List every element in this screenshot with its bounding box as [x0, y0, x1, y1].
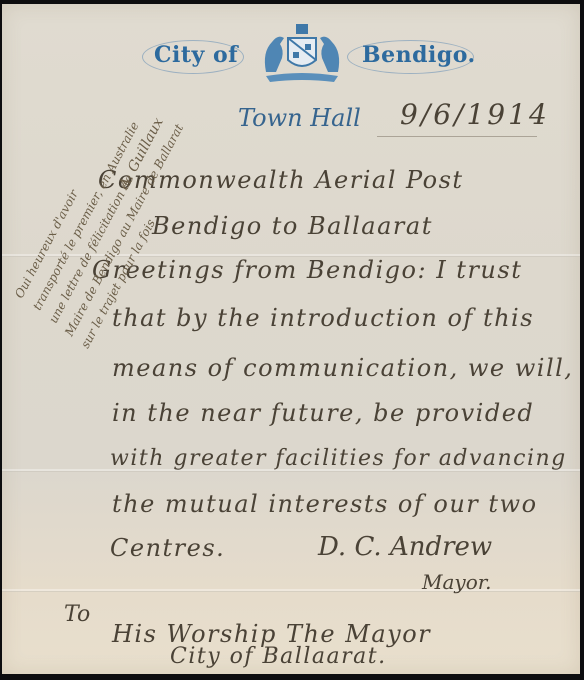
body-line-5: means of communication, we will,	[112, 354, 573, 382]
body-line-8: the mutual interests of our two	[112, 490, 538, 518]
letterhead-bendigo: Bendigo.	[362, 42, 476, 68]
date-rule	[377, 136, 537, 137]
body-line-9: Centres.	[110, 534, 225, 562]
signature-title: Mayor.	[422, 570, 491, 594]
addressee-line-2: City of Ballaarat.	[170, 644, 387, 669]
letterhead-city-of: City of	[154, 42, 238, 68]
letterhead: City of Bendigo.	[142, 22, 472, 82]
dateline-place: Town Hall	[238, 104, 361, 132]
coat-of-arms-icon	[252, 22, 352, 84]
letter-sheet: City of Bendigo. Town Hall 9/6/1914 Comm…	[2, 4, 580, 674]
fold-line	[2, 589, 580, 592]
signature-name: D. C. Andrew	[318, 532, 492, 562]
body-line-6: in the near future, be provided	[112, 399, 534, 427]
body-line-3: Greetings from Bendigo: I trust	[92, 256, 522, 284]
body-line-2: Bendigo to Ballaarat	[152, 212, 433, 240]
dateline-date: 9/6/1914	[400, 98, 550, 131]
body-line-7: with greater facilities for advancing	[110, 446, 567, 471]
body-line-4: that by the introduction of this	[112, 304, 534, 332]
addressee-prefix: To	[64, 602, 90, 627]
margin-annotation: Oui heureux d'avoir transporté le premie…	[6, 44, 156, 344]
